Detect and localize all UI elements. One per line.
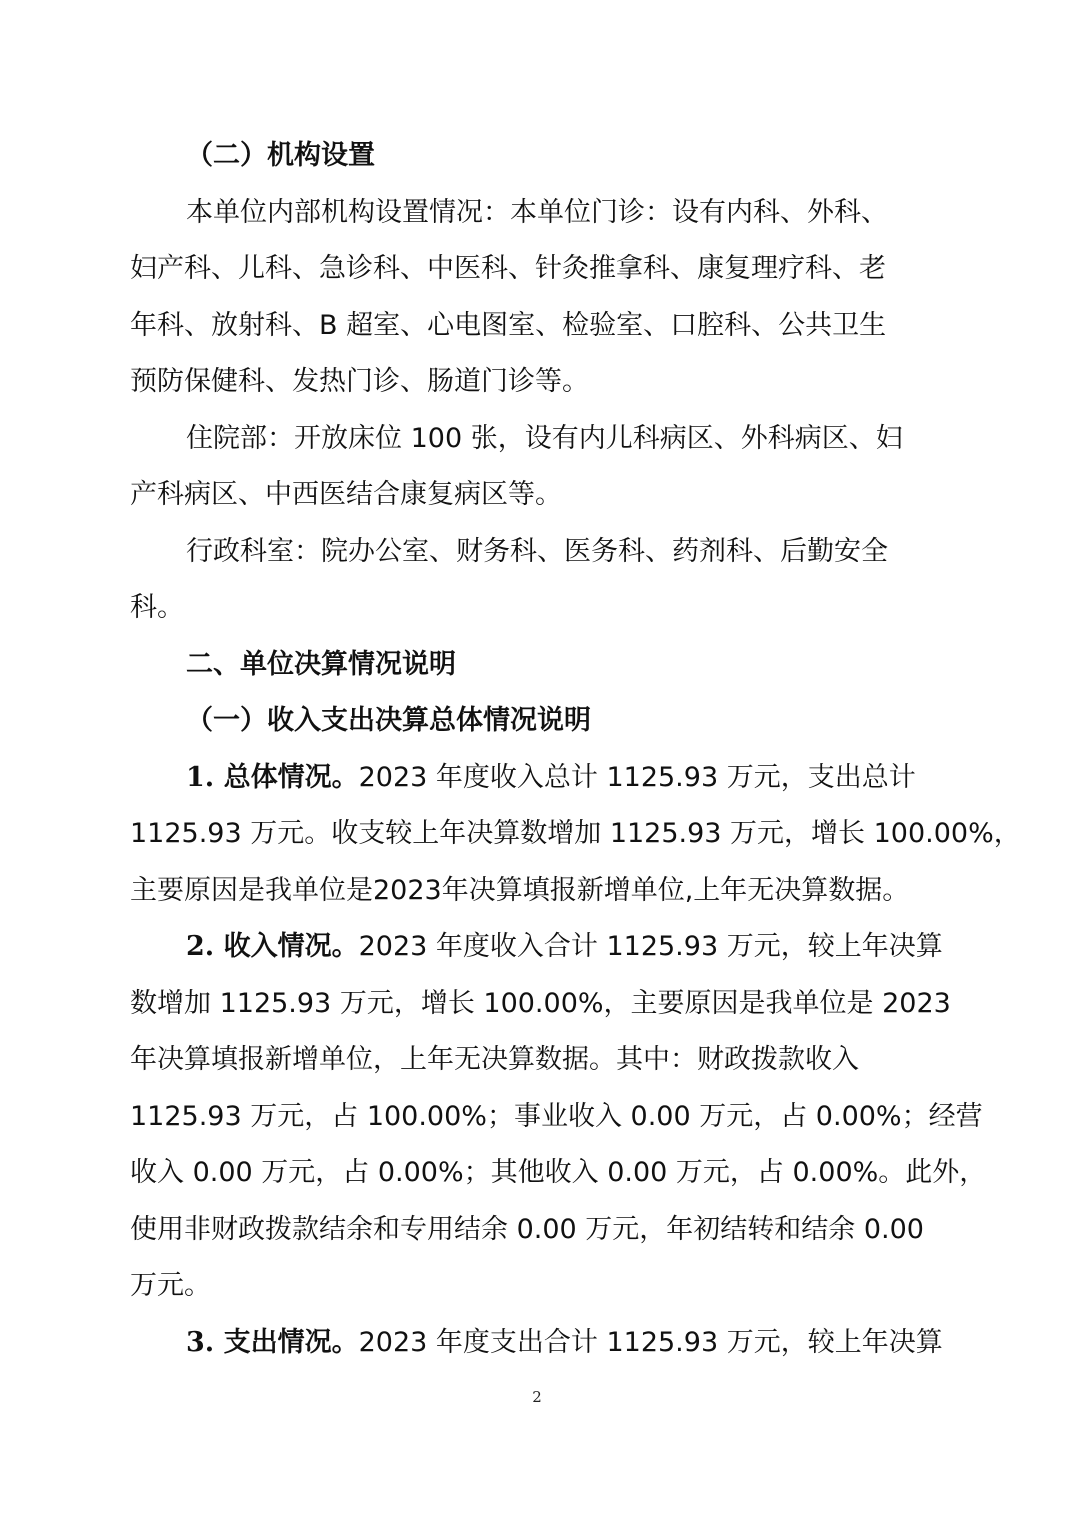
- paragraph-line: 产科病区、中西医结合康复病区等。: [130, 475, 562, 515]
- item-3-label: 3. 支出情况。: [186, 1327, 359, 1358]
- subheading-overview: （一）收入支出决算总体情况说明: [186, 701, 591, 741]
- paragraph-line: 1125.93 万元，占 100.00%；事业收入 0.00 万元，占 0.00…: [130, 1097, 983, 1137]
- paragraph-line: 本单位内部机构设置情况：本单位门诊：设有内科、外科、: [186, 193, 888, 233]
- paragraph-line: 预防保健科、发热门诊、肠道门诊等。: [130, 362, 589, 402]
- paragraph-line: 年决算填报新增单位，上年无决算数据。其中：财政拨款收入: [130, 1040, 859, 1080]
- item-2-label: 2. 收入情况。: [186, 931, 359, 962]
- paragraph-line: 住院部：开放床位 100 张，设有内儿科病区、外科病区、妇: [186, 419, 903, 459]
- paragraph-line: 年科、放射科、B 超室、心电图室、检验室、口腔科、公共卫生: [130, 306, 886, 346]
- item-3-text: 2023 年度支出合计 1125.93 万元，较上年决算: [359, 1327, 943, 1358]
- paragraph-line: 1125.93 万元。收支较上年决算数增加 1125.93 万元，增长 100.…: [130, 814, 1021, 854]
- item-2-first-line: 2. 收入情况。2023 年度收入合计 1125.93 万元，较上年决算: [186, 927, 943, 967]
- paragraph-line: 万元。: [130, 1266, 211, 1306]
- paragraph-line: 行政科室：院办公室、财务科、医务科、药剂科、后勤安全: [186, 532, 888, 572]
- page-number: 2: [0, 1388, 1074, 1406]
- item-1-text: 2023 年度收入总计 1125.93 万元，支出总计: [359, 762, 916, 793]
- paragraph-line: 主要原因是我单位是2023年决算填报新增单位,上年无决算数据。: [130, 871, 909, 911]
- paragraph-line: 收入 0.00 万元，占 0.00%；其他收入 0.00 万元，占 0.00%。…: [130, 1153, 986, 1193]
- item-1-label: 1. 总体情况。: [186, 762, 359, 793]
- paragraph-line: 科。: [130, 588, 184, 628]
- section-heading-org: （二）机构设置: [186, 136, 375, 176]
- paragraph-line: 妇产科、儿科、急诊科、中医科、针灸推拿科、康复理疗科、老: [130, 249, 886, 289]
- paragraph-line: 使用非财政拨款结余和专用结余 0.00 万元，年初结转和结余 0.00: [130, 1210, 924, 1250]
- section-heading-budget: 二、单位决算情况说明: [186, 645, 456, 685]
- item-2-text: 2023 年度收入合计 1125.93 万元，较上年决算: [359, 931, 943, 962]
- paragraph-line: 数增加 1125.93 万元，增长 100.00%，主要原因是我单位是 2023: [130, 984, 951, 1024]
- item-1-first-line: 1. 总体情况。2023 年度收入总计 1125.93 万元，支出总计: [186, 758, 916, 798]
- item-3-first-line: 3. 支出情况。2023 年度支出合计 1125.93 万元，较上年决算: [186, 1323, 943, 1363]
